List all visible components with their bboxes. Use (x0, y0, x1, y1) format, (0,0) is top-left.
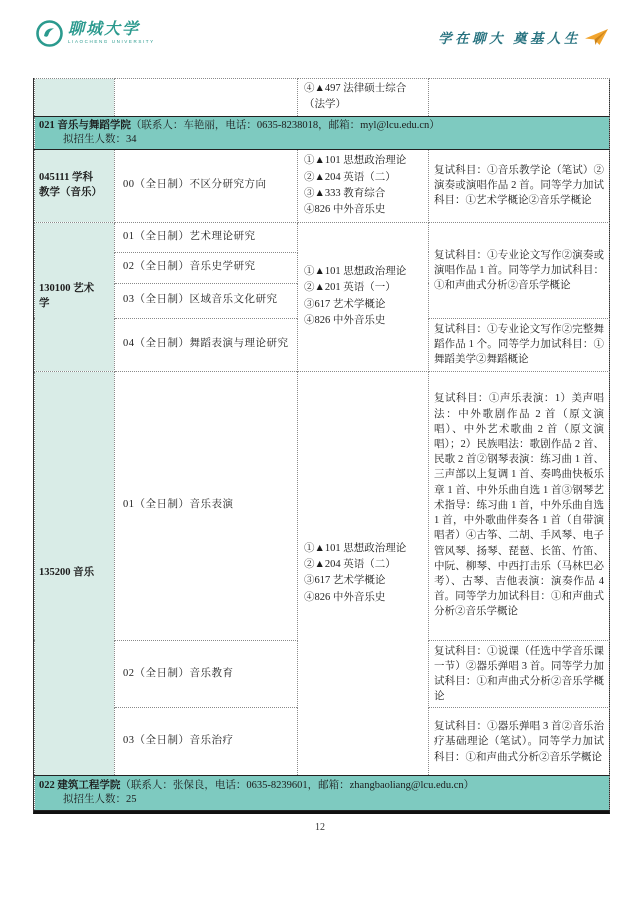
university-name-cn: 聊城大学 (68, 22, 155, 38)
college-021-banner: 021 音乐与舞蹈学院（联系人：车艳丽，电话：0635-8238018，邮箱：m… (35, 116, 610, 149)
college-banner-row: 021 音乐与舞蹈学院（联系人：车艳丽，电话：0635-8238018，邮箱：m… (35, 116, 610, 149)
slogan-calligraphy: 学在聊大 奠基人生 (438, 27, 608, 47)
direction-cell: 01（全日制）音乐表演 (115, 371, 298, 640)
university-name-en: LIAOCHENG UNIVERSITY (68, 40, 155, 45)
exam-subjects-cell: ①▲101 思想政治理论 ②▲204 英语（二） ③▲333 教育综合 ④826… (298, 149, 429, 222)
direction-cell: 03（全日制）区域音乐文化研究 (115, 283, 298, 318)
exam-subjects-cell: ①▲101 思想政治理论 ②▲204 英语（二） ③617 艺术学概论 ④826… (298, 371, 429, 776)
college-021-title: 021 音乐与舞蹈学院（联系人：车艳丽，电话：0635-8238018，邮箱：m… (39, 119, 605, 133)
college-022-banner: 022 建筑工程学院（联系人：张保良，电话：0635-8239601，邮箱：zh… (35, 776, 610, 811)
direction-cell: 02（全日制）音乐史学研究 (115, 252, 298, 283)
direction-cell (115, 79, 298, 117)
college-021-name: 021 音乐与舞蹈学院 (39, 120, 131, 131)
table-row: 130100 艺术 学 01（全日制）艺术理论研究 ①▲101 思想政治理论 ②… (35, 222, 610, 252)
college-022-quota: 拟招生人数：25 (39, 793, 605, 807)
retest-cell: 复试科目：①专业论文写作②演奏或演唱作品 1 首。同等学力加试科目：①和声曲式分… (429, 222, 610, 318)
program-code-cell: 130100 艺术 学 (35, 222, 115, 371)
slogan-text: 学在聊大 奠基人生 (438, 27, 581, 47)
table-row: 045111 学科 教学（音乐） 00（全日制）不区分研究方向 ①▲101 思想… (35, 149, 610, 222)
page-number: 12 (0, 822, 640, 833)
program-code-cell: 135200 音乐 (35, 371, 115, 776)
table-row: 135200 音乐 01（全日制）音乐表演 ①▲101 思想政治理论 ②▲204… (35, 371, 610, 640)
retest-cell: 复试科目：①说课（任选中学音乐课一节）②器乐弹唱 3 首。同等学力加试科目：①和… (429, 640, 610, 708)
university-logo: 聊城大学 LIAOCHENG UNIVERSITY (36, 20, 155, 47)
direction-cell: 04（全日制）舞蹈表演与理论研究 (115, 318, 298, 371)
college-022-title: 022 建筑工程学院（联系人：张保良，电话：0635-8239601，邮箱：zh… (39, 779, 605, 793)
program-code-cell: 045111 学科 教学（音乐） (35, 149, 115, 222)
retest-cell: 复试科目：①专业论文写作②完整舞蹈作品 1 个。同等学力加试科目：①舞蹈美学②舞… (429, 318, 610, 371)
college-021-contact: （联系人：车艳丽，电话：0635-8238018，邮箱：myl@lcu.edu.… (131, 120, 440, 131)
college-banner-row: 022 建筑工程学院（联系人：张保良，电话：0635-8239601，邮箱：zh… (35, 776, 610, 811)
table-row: ④▲497 法律硕士综合 （法学） (35, 79, 610, 117)
admissions-table: ④▲497 法律硕士综合 （法学） 021 音乐与舞蹈学院（联系人：车艳丽，电话… (33, 78, 610, 814)
retest-cell: 复试科目：①器乐弹唱 3 首②音乐治疗基础理论（笔试）。同等学力加试科目：①和声… (429, 708, 610, 776)
exam-subjects-cell: ①▲101 思想政治理论 ②▲201 英语（一） ③617 艺术学概论 ④826… (298, 222, 429, 371)
college-022-name: 022 建筑工程学院 (39, 780, 120, 791)
retest-cell: 复试科目：①音乐教学论（笔试）②演奏或演唱作品 2 首。同等学力加试科目：①艺术… (429, 149, 610, 222)
direction-cell: 02（全日制）音乐教育 (115, 640, 298, 708)
paper-plane-icon (585, 29, 608, 46)
retest-cell: 复试科目：①声乐表演：1）美声唱法：中外歌剧作品 2 首（原文演唱）、中外艺术歌… (429, 371, 610, 640)
college-021-quota: 拟招生人数：34 (39, 133, 605, 147)
direction-cell: 03（全日制）音乐治疗 (115, 708, 298, 776)
university-logo-icon (36, 20, 63, 47)
program-code-cell (35, 79, 115, 117)
exam-subjects-cell: ④▲497 法律硕士综合 （法学） (298, 79, 429, 117)
direction-cell: 00（全日制）不区分研究方向 (115, 149, 298, 222)
college-022-contact: （联系人：张保良，电话：0635-8239601，邮箱：zhangbaolian… (120, 780, 474, 791)
direction-cell: 01（全日制）艺术理论研究 (115, 222, 298, 252)
retest-cell (429, 79, 610, 117)
